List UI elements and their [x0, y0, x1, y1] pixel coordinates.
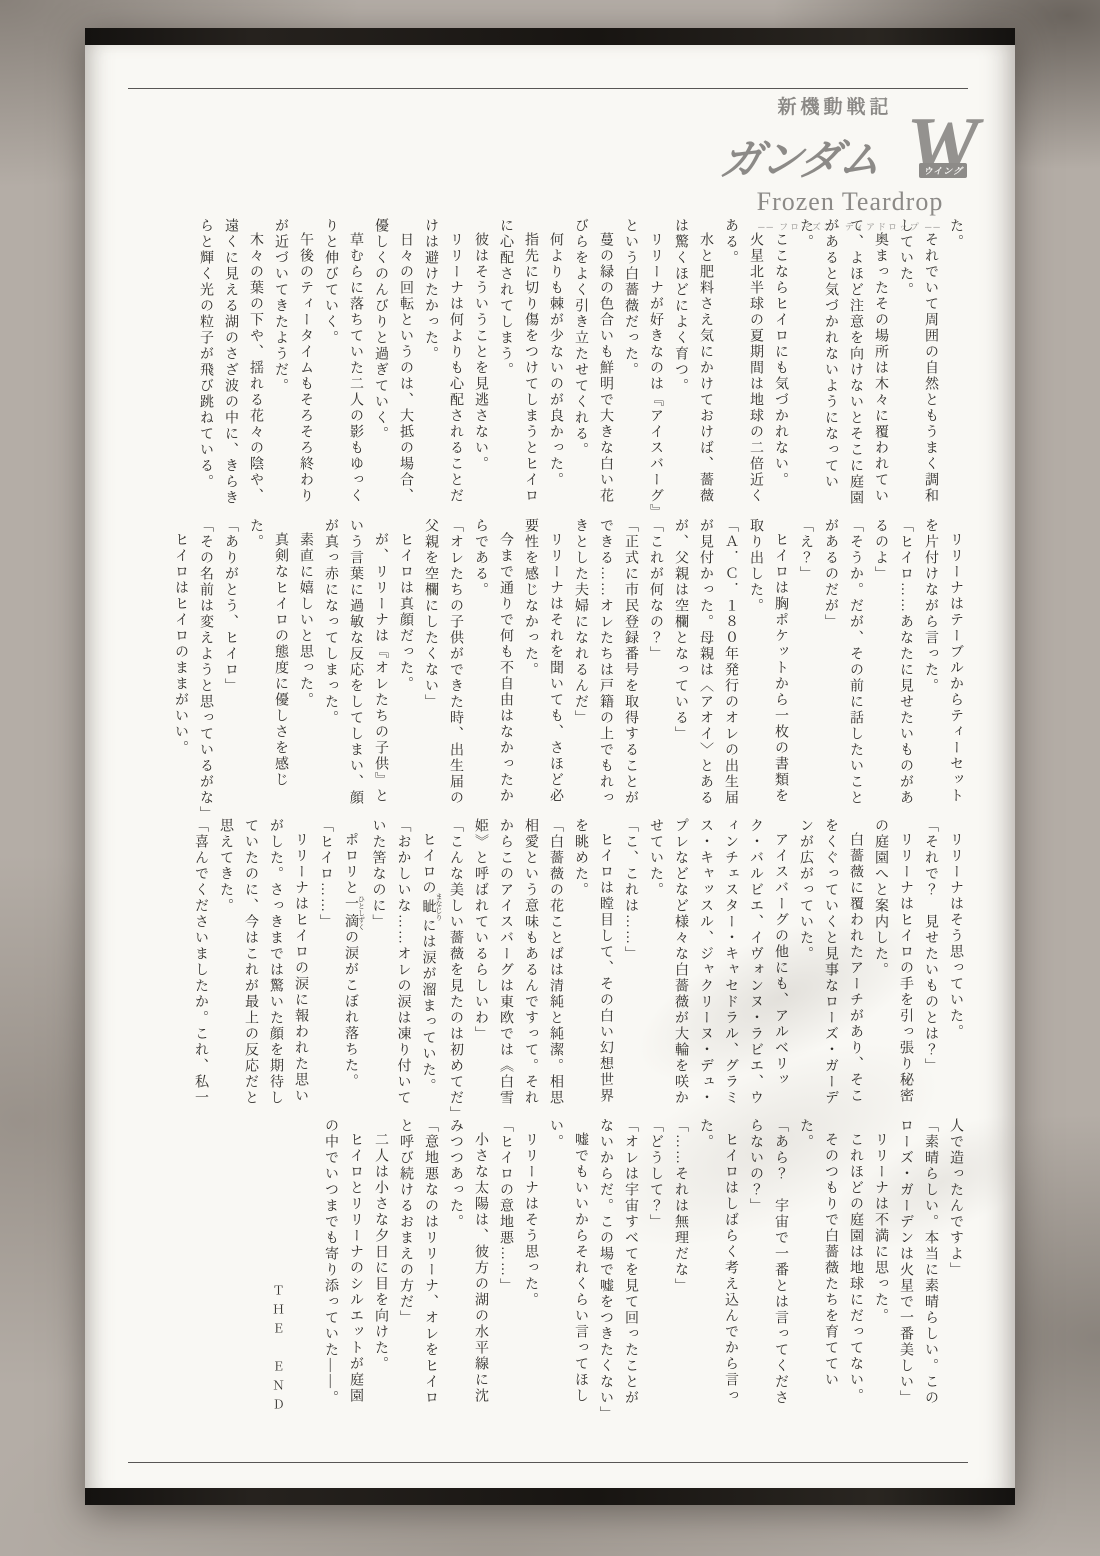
novel-paragraph: ヒイロは胸ポケットから一枚の書類を取り出した。 — [743, 518, 793, 818]
novel-paragraph: ヒイロの眦まなじりには涙が溜まっていた。 — [416, 818, 444, 1118]
novel-paragraph: 奥まったその場所は木々に覆われていて、よほど注意を向けないとそこに庭園があると気… — [793, 218, 893, 518]
page-top-edge-bar — [85, 28, 1015, 45]
novel-paragraph: 「喜んでくださいましたか。これ、私一 — [188, 818, 213, 1118]
logo-gundam-text: ガンダム — [718, 127, 883, 187]
novel-paragraph: 「それで？ 見せたいものとは？」 — [918, 818, 943, 1118]
novel-paragraph: 「ありがとう、ヒイロ」 — [218, 518, 243, 818]
novel-paragraph: 「おかしいな……オレの涙は凍り付いていた筈なのに」 — [366, 818, 416, 1118]
novel-paragraph: ヒイロは真顔だった。 — [393, 518, 418, 818]
novel-paragraph: 「こ、これは……」 — [618, 818, 643, 1118]
novel-paragraph: 「こんな美しい薔薇を見たのは初めてだ」 — [443, 818, 468, 1118]
novel-paragraph: 「ヒイロ……」 — [313, 818, 338, 1118]
novel-paragraph: 嘘でもいいからそれくらい言ってほしい。 — [543, 1118, 593, 1418]
text-band-1: た。それでいて周囲の自然ともうまく調和していた。奥まったその場所は木々に覆われて… — [128, 218, 968, 518]
gundam-w-frozen-teardrop-logo: 新機動戦記 ガンダム W ウイング Frozen Teardrop ── フロー… — [719, 92, 981, 233]
novel-paragraph: 木々の葉の下や、揺れる花々の陰や、遠くに見える湖のさざ波の中に、きらきらと輝く光… — [193, 218, 268, 518]
book-page: 新機動戦記 ガンダム W ウイング Frozen Teardrop ── フロー… — [85, 28, 1015, 1505]
novel-paragraph: 今まで通りで何も不自由はなかったからである。 — [468, 518, 518, 818]
novel-paragraph: 「ヒイロ……あなたに見せたいものがあるのよ」 — [868, 518, 918, 818]
novel-paragraph: ヒイロとリリーナのシルエットが庭園の中でいつまでも寄り添っていた――。 — [318, 1118, 368, 1418]
novel-paragraph: ヒイロはしばらく考え込んでから言った。 — [693, 1118, 743, 1418]
logo-wing-badge: ウイング — [919, 163, 967, 178]
novel-paragraph: そのつもりで白薔薇たちを育てていた。 — [793, 1118, 843, 1418]
novel-paragraph: 蔓の緑の色合いも鮮明で大きな白い花びらをよく引き立たせてくれる。 — [568, 218, 618, 518]
novel-paragraph: 「あら？ 宇宙で一番とは言ってくださらないの？」 — [743, 1118, 793, 1418]
novel-paragraph: 「オレたちの子供ができた時、出生届の父親を空欄にしたくない」 — [418, 518, 468, 818]
novel-paragraph: 真剣なヒイロの態度に優しさを感じた。 — [243, 518, 293, 818]
novel-paragraph: アイスバーグの他にも、アルベリック・バルビエ、イヴォンヌ・ラビエ、ウィンチェスタ… — [643, 818, 793, 1118]
scanned-book-photo: { "logo": { "series_small": "新機動戦記", "gu… — [0, 0, 1100, 1556]
novel-paragraph: リリーナはテーブルからティーセットを片付けながら言った。 — [918, 518, 968, 818]
logo-english-title: Frozen Teardrop — [719, 187, 981, 217]
logo-main-row: ガンダム W ウイング — [719, 119, 981, 185]
page-bottom-edge-bar — [85, 1488, 1015, 1505]
novel-paragraph: リリーナはヒイロの手を引っ張り秘密の庭園へと案内した。 — [868, 818, 918, 1118]
novel-paragraph: ヒイロは瞠目して、その白い幻想世界を眺めた。 — [568, 818, 618, 1118]
novel-paragraph: 「ヒイロの意地悪……」 — [493, 1118, 518, 1418]
novel-paragraph: 「正式に市民登録番号を取得することができる……オレたちは戸籍の上でもれっきとした… — [568, 518, 643, 818]
text-band-3: リリーナはそう思っていた。「それで？ 見せたいものとは？」リリーナはヒイロの手を… — [128, 818, 968, 1118]
novel-paragraph: リリーナはそれを聞いても、さほど必要性を感じなかった。 — [518, 518, 568, 818]
novel-paragraph: リリーナが好きなのは『アイスバーグ』という白薔薇だった。 — [618, 218, 668, 518]
novel-paragraph: 「……それは無理だな」 — [668, 1118, 693, 1418]
novel-paragraph: 「その名前は変えようと思っているがな」 — [193, 518, 218, 818]
novel-paragraph: 日々の回転というのは、大抵の場合、優しくのんびりと過ぎていく。 — [368, 218, 418, 518]
novel-paragraph: 「え？」 — [793, 518, 818, 818]
novel-paragraph: それでいて周囲の自然ともうまく調和していた。 — [893, 218, 943, 518]
novel-paragraph: 「そうか。だが、その前に話したいことがあるのだが」 — [818, 518, 868, 818]
text-band-2: リリーナはテーブルからティーセットを片付けながら言った。「ヒイロ……あなたに見せ… — [128, 518, 968, 818]
novel-paragraph: が、リリーナは『オレたちの子供』という言葉に過敏な反応をしてしまい、顔が真っ赤に… — [318, 518, 393, 818]
novel-paragraph: 白薔薇に覆われたアーチがあり、そこをくぐっていくと見事なローズ・ガーデンが広がっ… — [793, 818, 868, 1118]
novel-paragraph: リリーナは不満に思った。 — [868, 1118, 893, 1418]
novel-paragraph: 「意地悪なのはリリーナ、オレをヒイロと呼び続けるおまえの方だ」 — [393, 1118, 443, 1418]
novel-paragraph: リリーナは何よりも心配されることだけは避けたかった。 — [418, 218, 468, 518]
novel-paragraph: 人で造ったんですよ」 — [943, 1118, 968, 1418]
novel-paragraph: リリーナはヒイロの涙に報われた思いがした。さっきまでは驚いた顔を期待していたのに… — [213, 818, 313, 1118]
novel-paragraph: た。 — [943, 218, 968, 518]
footer-rule — [128, 1462, 968, 1463]
novel-paragraph: ここならヒイロにも気づかれない。 — [768, 218, 793, 518]
novel-paragraph: 草むらに落ちていた二人の影もゆっくりと伸びていく。 — [318, 218, 368, 518]
novel-paragraph: 火星北半球の夏期間は地球の二倍近くある。 — [718, 218, 768, 518]
novel-paragraph: これほどの庭園は地球にだってない。 — [843, 1118, 868, 1418]
novel-paragraph: ヒイロはヒイロのままがいい。 — [168, 518, 193, 818]
novel-paragraph: リリーナはそう思っていた。 — [943, 818, 968, 1118]
novel-paragraph: 二人は小さな夕日に目を向けた。 — [368, 1118, 393, 1418]
novel-paragraph: 「どうして？」 — [643, 1118, 668, 1418]
novel-paragraph: 午後のティータイムもそろそろ終わりが近づいてきたようだ。 — [268, 218, 318, 518]
novel-paragraph: ポロリと一滴ひとしずくの涙がこぼれ落ちた。 — [338, 818, 366, 1118]
text-band-4: 人で造ったんですよ」「素晴らしい。本当に素晴らしい。このローズ・ガーデンは火星で… — [128, 1118, 968, 1418]
novel-paragraph: 彼はそういうことを見逃さない。 — [468, 218, 493, 518]
novel-paragraph: 何よりも棘が少ないのが良かった。 — [543, 218, 568, 518]
novel-paragraph: 水と肥料さえ気にかけておけば、薔薇は驚くほどによく育つ。 — [668, 218, 718, 518]
novel-paragraph: 素直に嬉しいと思った。 — [293, 518, 318, 818]
novel-paragraph: 小さな太陽は、彼方の湖の水平線に沈みつつあった。 — [443, 1118, 493, 1418]
the-end-label: ＴＨＥ ＥＮＤ — [265, 1118, 290, 1418]
novel-paragraph: 「これが何なの？」 — [643, 518, 668, 818]
novel-paragraph: 「素晴らしい。本当に素晴らしい。このローズ・ガーデンは火星で一番美しい」 — [893, 1118, 943, 1418]
novel-paragraph: 「白薔薇の花ことばは清純と純潔。相思相愛という意味もあるんですって。それからこの… — [468, 818, 568, 1118]
header-rule — [128, 88, 968, 89]
novel-paragraph: 「オレは宇宙すべてを見て回ったことがないからだ。この場で嘘をつきたくない」 — [593, 1118, 643, 1418]
novel-paragraph: リリーナはそう思った。 — [518, 1118, 543, 1418]
novel-paragraph: 「Ａ．Ｃ．１８０年発行のオレの出生届が見付かった。母親は〈アオイ〉とあるが、父親… — [668, 518, 743, 818]
novel-paragraph: 指先に切り傷をつけてしまうとヒイロに心配されてしまう。 — [493, 218, 543, 518]
